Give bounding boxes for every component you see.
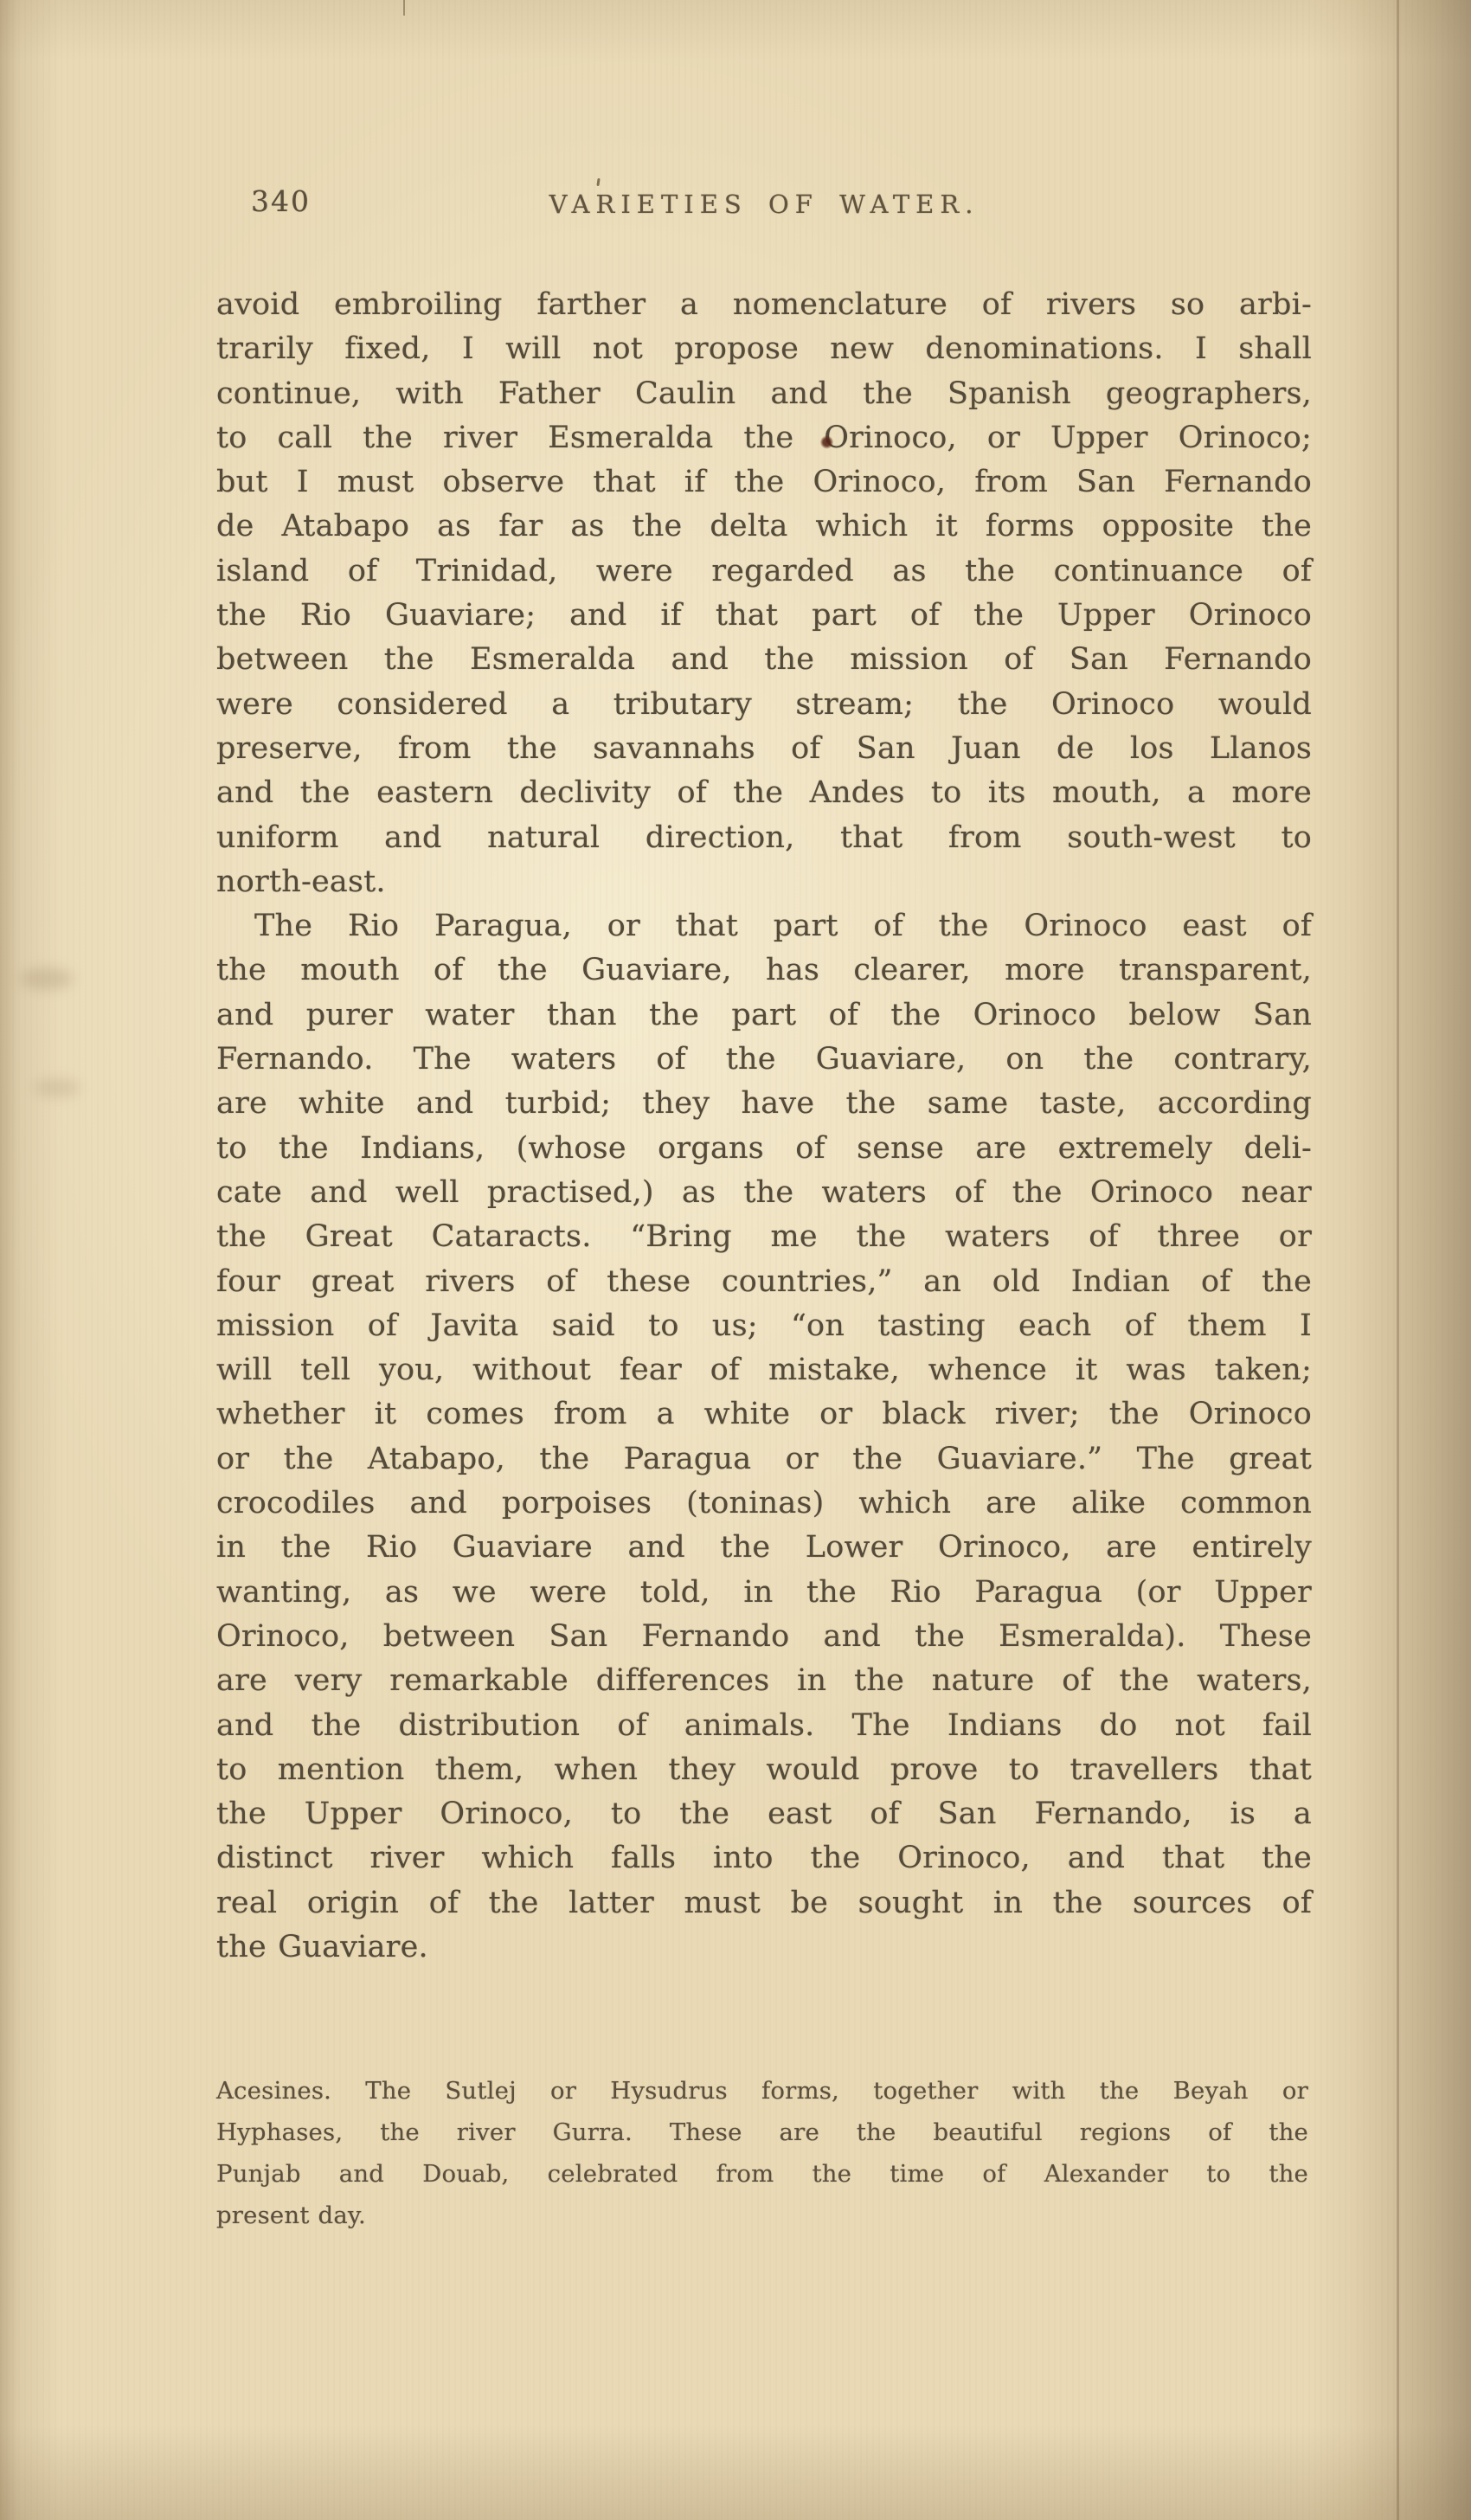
- text-line: avoid embroiling farther a nomenclature …: [216, 283, 1312, 327]
- text-line: the Upper Orinoco, to the east of San Fe…: [216, 1792, 1312, 1836]
- text-line: four great rivers of these countries,” a…: [216, 1260, 1312, 1304]
- running-title: VARIETIES OF WATER.: [216, 190, 1312, 219]
- text-line: in the Rio Guaviare and the Lower Orinoc…: [216, 1526, 1312, 1570]
- text-line: real origin of the latter must be sought…: [216, 1881, 1312, 1925]
- text-line: uniform and natural direction, that from…: [216, 816, 1312, 860]
- footnote-line: Punjab and Douab, celebrated from the ti…: [216, 2153, 1308, 2195]
- text-line: and purer water than the part of the Ori…: [216, 993, 1312, 1038]
- footnote: Acesines. The Sutlej or Hysudrus forms, …: [216, 2070, 1308, 2236]
- text-line: or the Atabapo, the Paragua or the Guavi…: [216, 1437, 1312, 1482]
- text-line: the mouth of the Guaviare, has clearer, …: [216, 948, 1312, 993]
- text-line: cate and well practised,) as the waters …: [216, 1171, 1312, 1215]
- text-line: are white and turbid; they have the same…: [216, 1082, 1312, 1126]
- text-line: to mention them, when they would prove t…: [216, 1748, 1312, 1792]
- text-line: are very remarkable differences in the n…: [216, 1659, 1312, 1703]
- footnote-line: present day.: [216, 2195, 1308, 2236]
- body-text: avoid embroiling farther a nomenclature …: [216, 283, 1312, 1970]
- text-line: whether it comes from a white or black r…: [216, 1392, 1312, 1437]
- print-artifact-mark: [596, 178, 600, 186]
- text-line: distinct river which falls into the Orin…: [216, 1836, 1312, 1880]
- text-line: were considered a tributary stream; the …: [216, 683, 1312, 727]
- ink-blot-mark: [820, 435, 833, 449]
- text-line: Orinoco, between San Fernando and the Es…: [216, 1615, 1312, 1659]
- text-line: continue, with Father Caulin and the Spa…: [216, 372, 1312, 416]
- margin-smudge-mark: [35, 1078, 80, 1097]
- text-line: Fernando. The waters of the Guaviare, on…: [216, 1038, 1312, 1082]
- page-edge-line: [1397, 0, 1399, 2520]
- text-line: the Great Cataracts. “Bring me the water…: [216, 1215, 1312, 1259]
- footnote-line: Hyphases, the river Gurra. These are the…: [216, 2112, 1308, 2153]
- book-page: 340 VARIETIES OF WATER. avoid embroiling…: [0, 0, 1471, 2520]
- text-line: north-east.: [216, 860, 1312, 904]
- text-line: preserve, from the savannahs of San Juan…: [216, 727, 1312, 771]
- text-line: the Rio Guaviare; and if that part of th…: [216, 594, 1312, 638]
- text-line: will tell you, without fear of mistake, …: [216, 1348, 1312, 1392]
- text-line: de Atabapo as far as the delta which it …: [216, 505, 1312, 549]
- footnote-line: Acesines. The Sutlej or Hysudrus forms, …: [216, 2070, 1308, 2112]
- text-line: to call the river Esmeralda the Orinoco,…: [216, 416, 1312, 460]
- text-line: wanting, as we were told, in the Rio Par…: [216, 1571, 1312, 1615]
- text-line: but I must observe that if the Orinoco, …: [216, 460, 1312, 505]
- margin-smudge-mark: [21, 967, 73, 990]
- text-line: trarily fixed, I will not propose new de…: [216, 327, 1312, 371]
- text-line: and the eastern declivity of the Andes t…: [216, 771, 1312, 815]
- text-line: crocodiles and porpoises (toninas) which…: [216, 1482, 1312, 1526]
- text-line: mission of Javita said to us; “on tastin…: [216, 1304, 1312, 1348]
- text-line: the Guaviare.: [216, 1925, 1312, 1970]
- text-line: The Rio Paragua, or that part of the Ori…: [216, 904, 1312, 948]
- text-line: and the distribution of animals. The Ind…: [216, 1704, 1312, 1748]
- text-line: to the Indians, (whose organs of sense a…: [216, 1127, 1312, 1171]
- text-line: between the Esmeralda and the mission of…: [216, 638, 1312, 682]
- paper-fiber-mark: [403, 0, 405, 16]
- text-line: island of Trinidad, were regarded as the…: [216, 550, 1312, 594]
